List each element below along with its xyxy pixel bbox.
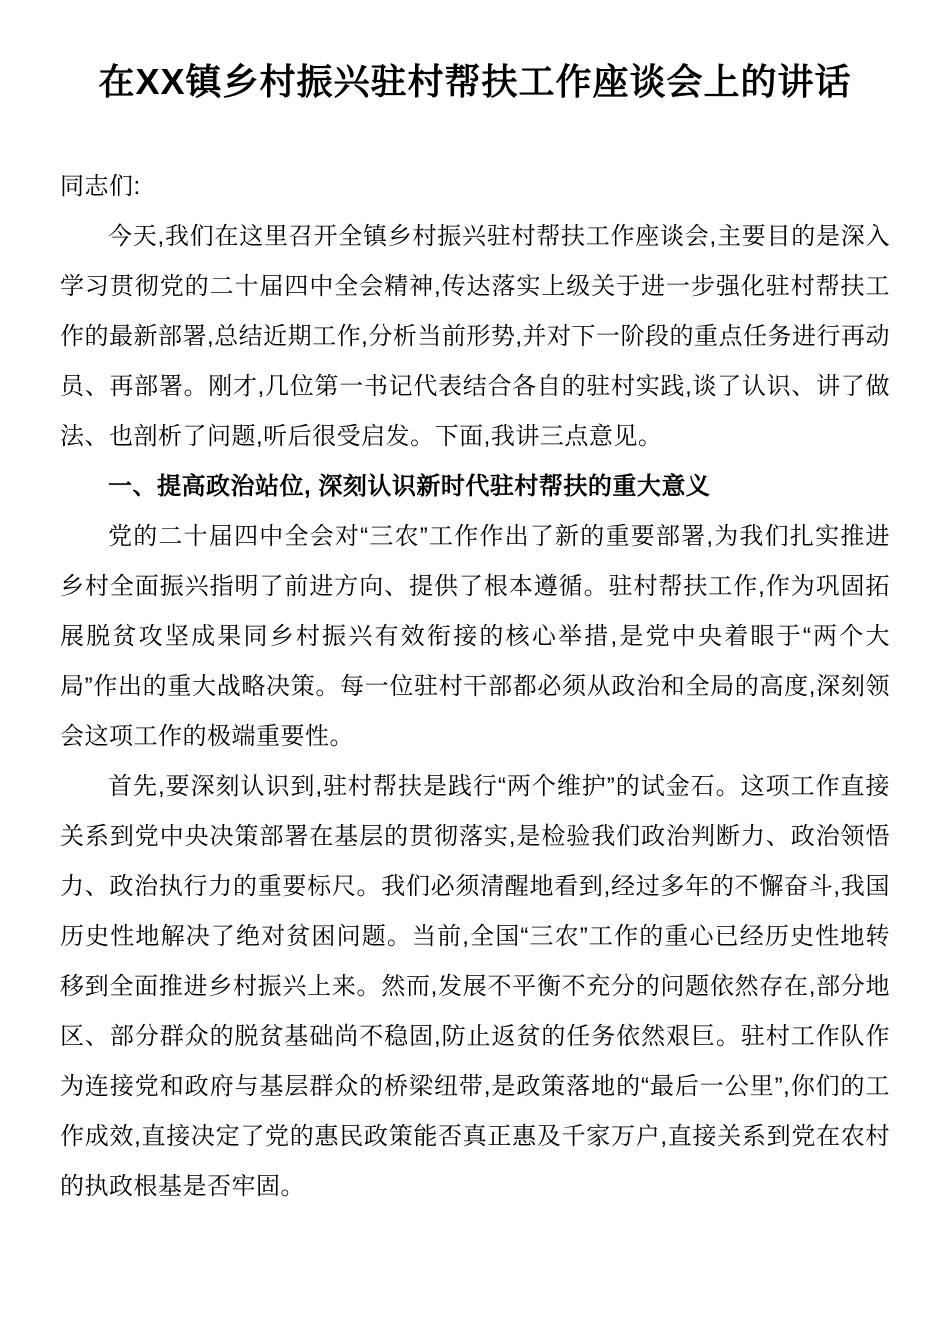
paragraph-section1-intro: 党的二十届四中全会对“三农”工作作出了新的重要部署,为我们扎实推进乡村全面振兴指…	[60, 512, 890, 762]
section-heading-1: 一、提高政治站位, 深刻认识新时代驻村帮扶的重大意义	[60, 462, 890, 512]
document-body: 同志们: 今天,我们在这里召开全镇乡村振兴驻村帮扶工作座谈会,主要目的是深入学习…	[60, 162, 890, 1212]
paragraph-section1-first-point: 首先,要深刻认识到,驻村帮扶是践行“两个维护”的试金石。这项工作直接关系到党中央…	[60, 762, 890, 1212]
document-page: 在XX镇乡村振兴驻村帮扶工作座谈会上的讲话 同志们: 今天,我们在这里召开全镇乡…	[0, 0, 950, 1344]
salutation: 同志们:	[60, 162, 890, 212]
document-title: 在XX镇乡村振兴驻村帮扶工作座谈会上的讲话	[60, 58, 890, 106]
paragraph-opening: 今天,我们在这里召开全镇乡村振兴驻村帮扶工作座谈会,主要目的是深入学习贯彻党的二…	[60, 212, 890, 462]
